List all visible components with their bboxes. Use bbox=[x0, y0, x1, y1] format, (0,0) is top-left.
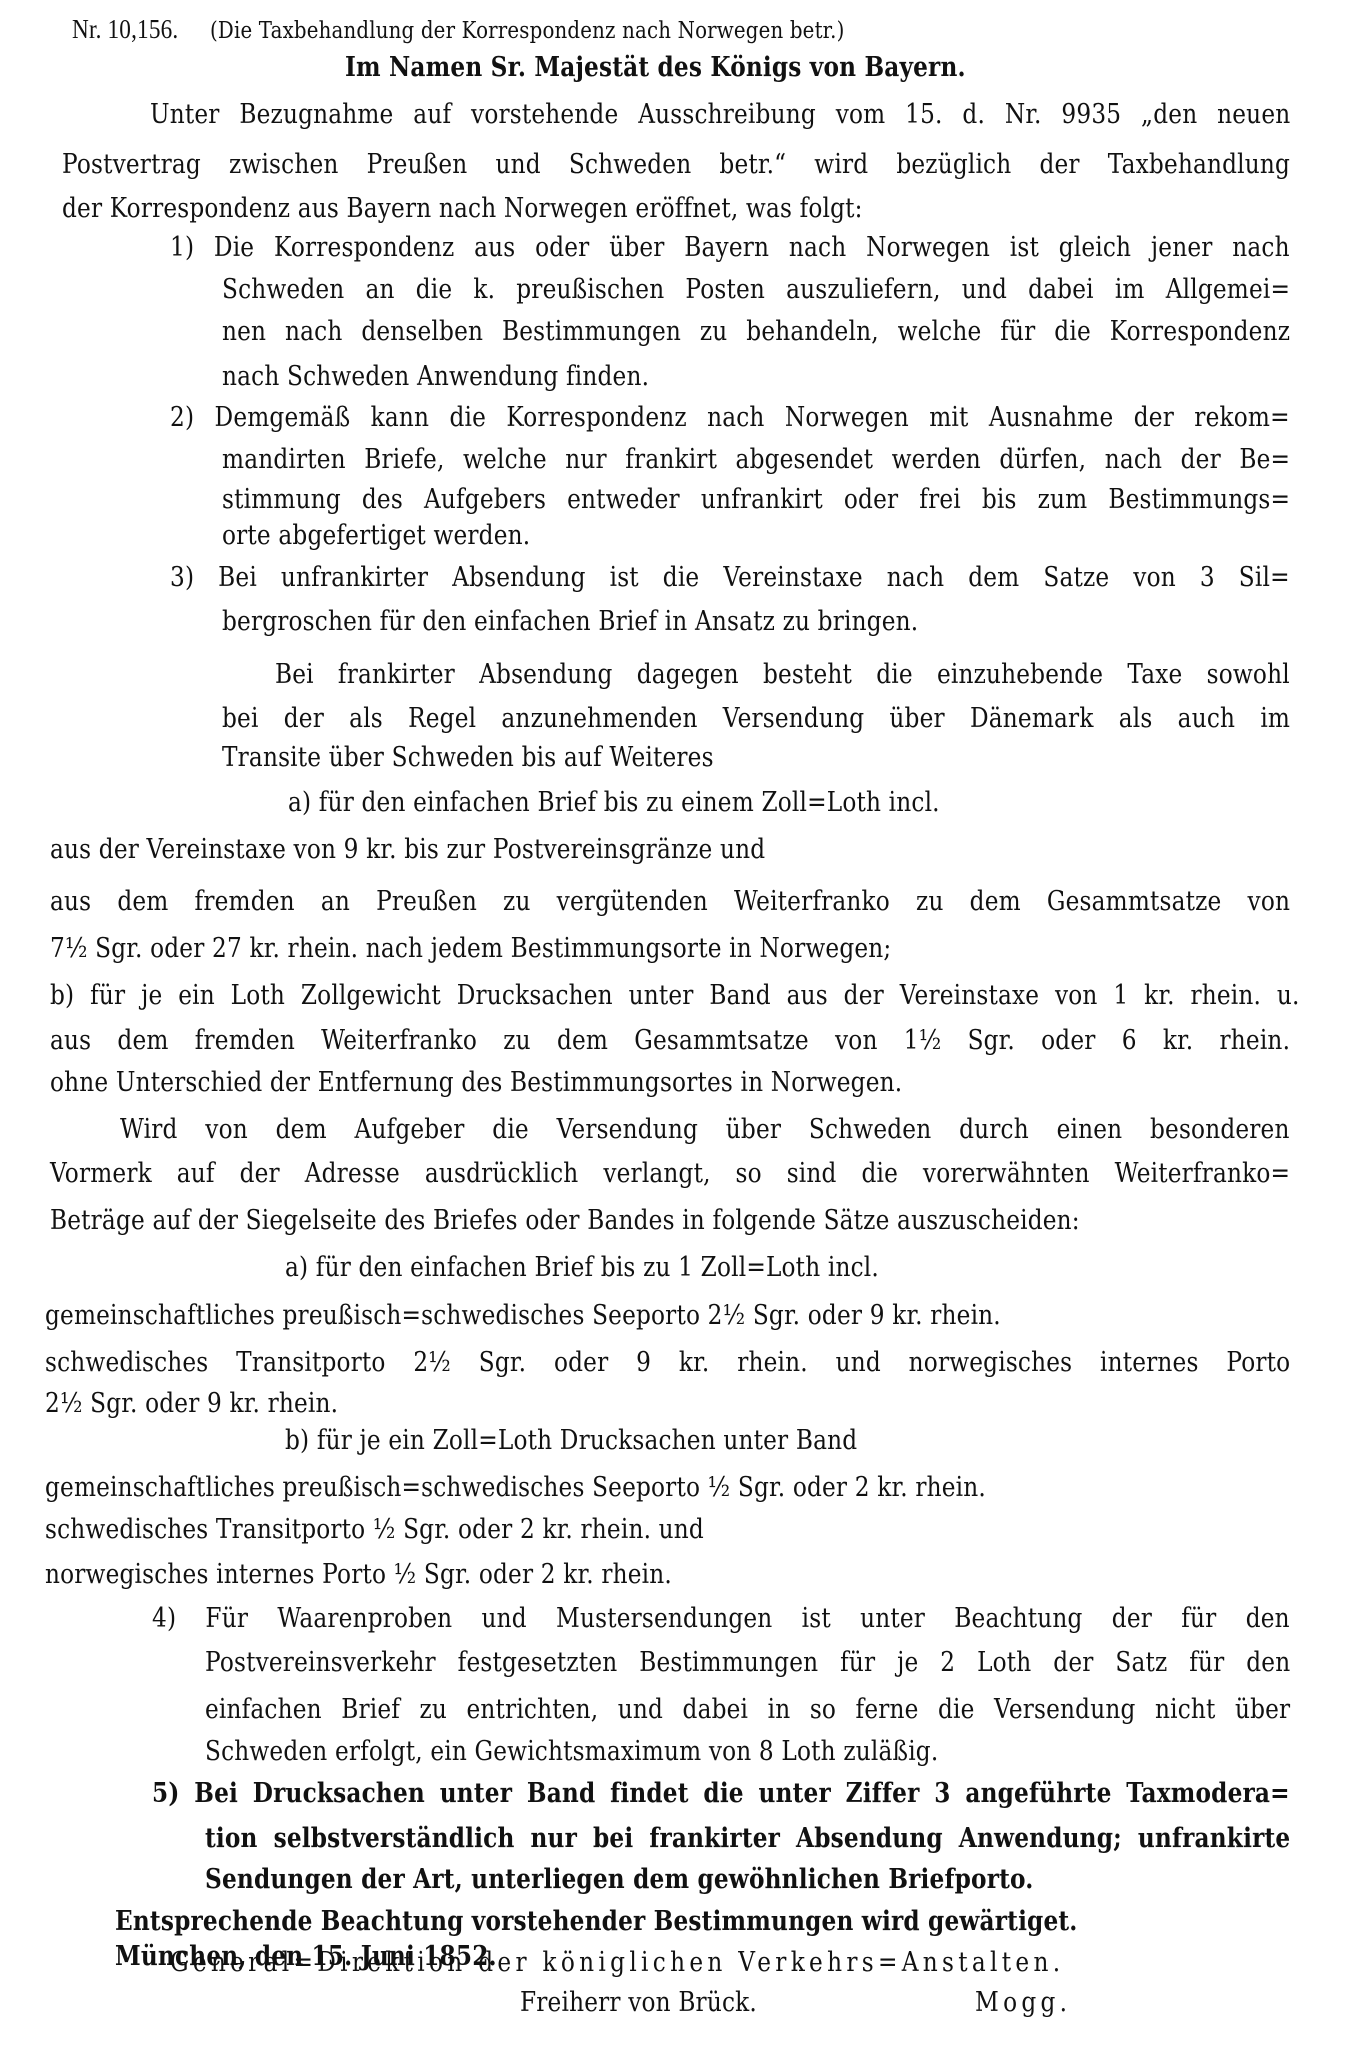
text-line: 2) Demgemäß kann die Korrespondenz nach … bbox=[170, 401, 1290, 435]
text-line: bei der als Regel anzunehmenden Versendu… bbox=[222, 702, 1290, 736]
document-number: Nr. 10,156. bbox=[72, 14, 178, 44]
text-line: Transite über Schweden bis auf Weiteres bbox=[222, 741, 714, 775]
signatory-mogg: Mogg. bbox=[975, 1986, 1071, 2020]
text-line: nach Schweden Anwendung finden. bbox=[222, 360, 649, 394]
document-subject: (Die Taxbehandlung der Korrespondenz nac… bbox=[210, 18, 844, 44]
text-line: 7½ Sgr. oder 27 kr. rhein. nach jedem Be… bbox=[50, 932, 891, 966]
text-line: bergroschen für den einfachen Brief in A… bbox=[222, 605, 918, 639]
text-line: a) für den einfachen Brief bis zu einem … bbox=[288, 786, 940, 820]
text-line: 5) Bei Drucksachen unter Band findet die… bbox=[152, 1777, 1290, 1811]
text-line: Unter Bezugnahme auf vorstehende Ausschr… bbox=[150, 98, 1290, 132]
text-line: der Korrespondenz aus Bayern nach Norweg… bbox=[62, 192, 863, 226]
text-line: aus dem fremden Weiterfranko zu dem Gesa… bbox=[50, 1024, 1290, 1058]
document-header-line: Nr. 10,156. (Die Taxbehandlung der Korre… bbox=[72, 12, 844, 48]
text-line: stimmung des Aufgebers entweder unfranki… bbox=[222, 483, 1290, 517]
text-line: Postvertrag zwischen Preußen und Schwede… bbox=[62, 148, 1290, 182]
text-line: 1) Die Korrespondenz aus oder über Bayer… bbox=[170, 231, 1290, 265]
text-line: schwedisches Transitporto ½ Sgr. oder 2 … bbox=[45, 1513, 704, 1547]
text-line: mandirten Briefe, welche nur frankirt ab… bbox=[222, 443, 1290, 477]
text-line: Vormerk auf der Adresse ausdrücklich ver… bbox=[50, 1157, 1290, 1191]
text-line: Wird von dem Aufgeber die Versendung übe… bbox=[120, 1113, 1290, 1147]
text-line: 4) Für Waarenproben und Mustersendungen … bbox=[152, 1602, 1290, 1636]
text-line: Sendungen der Art, unterliegen dem gewöh… bbox=[205, 1863, 1034, 1897]
text-line: schwedisches Transitporto 2½ Sgr. oder 9… bbox=[45, 1346, 1290, 1380]
text-line: Schweden erfolgt, ein Gewichtsmaximum vo… bbox=[205, 1735, 938, 1769]
signatory-freiherr-von-brueck: Freiherr von Brück. bbox=[520, 1986, 757, 2020]
text-line: 2½ Sgr. oder 9 kr. rhein. bbox=[45, 1387, 338, 1421]
text-line: Postvereinsverkehr festgesetzten Bestimm… bbox=[205, 1646, 1290, 1680]
text-line: Schweden an die k. preußischen Posten au… bbox=[222, 273, 1290, 307]
text-line: b) für je ein Zoll=Loth Drucksachen unte… bbox=[285, 1424, 857, 1458]
text-line: Beträge auf der Siegelseite des Briefes … bbox=[50, 1204, 1080, 1238]
text-line: 3) Bei unfrankirter Absendung ist die Ve… bbox=[170, 561, 1290, 595]
text-line: nen nach denselben Bestimmungen zu behan… bbox=[222, 315, 1290, 349]
text-line: aus der Vereinstaxe von 9 kr. bis zur Po… bbox=[50, 833, 765, 867]
text-line: Bei frankirter Absendung dagegen besteht… bbox=[275, 658, 1290, 692]
text-line: gemeinschaftliches preußisch=schwedische… bbox=[45, 1299, 1001, 1333]
text-line: a) für den einfachen Brief bis zu 1 Zoll… bbox=[285, 1251, 879, 1285]
text-line: gemeinschaftliches preußisch=schwedische… bbox=[45, 1471, 986, 1505]
text-line: aus dem fremden an Preußen zu vergütende… bbox=[50, 885, 1290, 919]
text-line: norwegisches internes Porto ½ Sgr. oder … bbox=[45, 1558, 672, 1592]
text-line: b) für je ein Loth Zollgewicht Drucksach… bbox=[50, 979, 1300, 1013]
text-line: orte abgefertiget werden. bbox=[222, 519, 530, 553]
text-line: ohne Unterschied der Entfernung des Best… bbox=[50, 1066, 902, 1100]
document-heading: Im Namen Sr. Majestät des Königs von Bay… bbox=[345, 51, 966, 85]
text-line: tion selbstverständlich nur bei frankirt… bbox=[205, 1822, 1290, 1856]
issuing-authority: General=Direktion der königlichen Verkeh… bbox=[170, 1946, 1064, 1980]
text-line: Entsprechende Beachtung vorstehender Bes… bbox=[115, 1905, 1078, 1939]
text-line: einfachen Brief zu entrichten, und dabei… bbox=[205, 1693, 1290, 1727]
